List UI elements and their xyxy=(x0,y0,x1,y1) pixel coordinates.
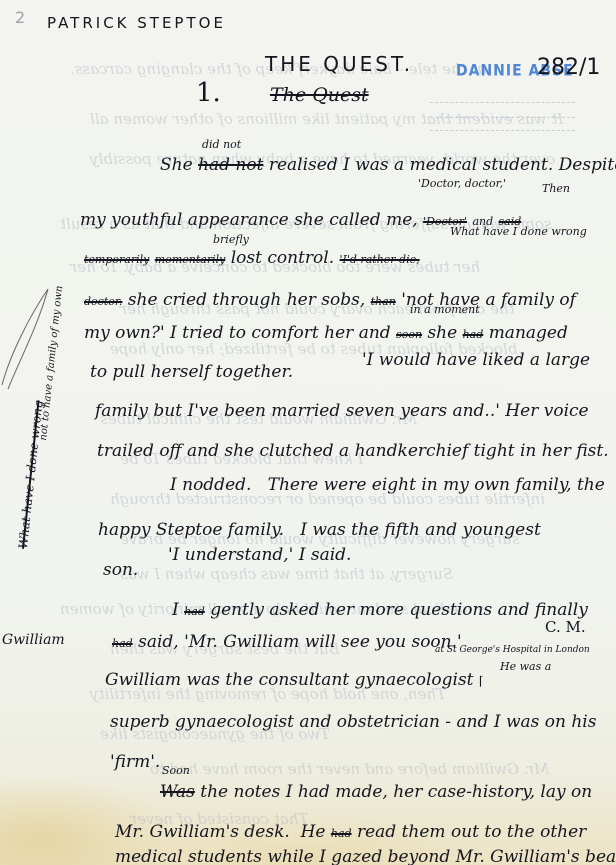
manuscript-line: 'I understand,' I said. xyxy=(168,545,351,565)
inserted-word: did not xyxy=(202,138,241,151)
text: managed xyxy=(489,323,568,343)
manuscript-line: She had not realised I was a medical stu… xyxy=(160,155,616,175)
manuscript-line: medical students while I gazed beyond Mr… xyxy=(115,847,616,865)
text: lost control. xyxy=(231,248,334,268)
manuscript-line: 'firm'. xyxy=(110,752,160,772)
text: She xyxy=(160,155,193,175)
manuscript-line: Was the notes I had made, her case-histo… xyxy=(160,782,592,802)
manuscript-line: Gwilliam was the consultant gynaecologis… xyxy=(105,670,484,690)
manuscript-line: had said, 'Mr. Gwilliam will see you soo… xyxy=(112,632,462,652)
author-name: PATRICK STEPTOE xyxy=(47,14,226,32)
inserted-word: What have I done wrong xyxy=(450,225,587,238)
inserted-initials: C. M. xyxy=(545,618,586,636)
manuscript-line: temporarily momentarily lost control. 'I… xyxy=(84,248,420,268)
text: to pull herself together. xyxy=(90,362,293,382)
manuscript-line: to pull herself together. xyxy=(90,362,293,382)
manuscript-line: family but I've been married seven years… xyxy=(95,401,589,421)
struck-text: had xyxy=(112,637,133,650)
bleed-through-text: Mr. Gwilliam before and never the room h… xyxy=(150,760,549,778)
struck-text: 'I'd rather die, xyxy=(340,253,420,266)
chapter-title: THE QUEST. xyxy=(265,52,413,76)
folio-number: 282/1 xyxy=(537,55,600,80)
divider xyxy=(430,130,575,131)
manuscript-line: I nodded. There were eight in my own fam… xyxy=(170,475,605,495)
struck-text: doctor. xyxy=(84,295,122,308)
struck-text: Was xyxy=(160,782,195,802)
inserted-word: He was a xyxy=(500,660,551,673)
text: I nodded. xyxy=(170,475,251,495)
text: gently asked her more questions and fina… xyxy=(210,600,588,620)
struck-text: temporarily xyxy=(84,253,149,266)
inserted-word: 'Doctor, doctor,' xyxy=(418,177,506,190)
margin-loop-mark xyxy=(0,285,60,395)
struck-text: had xyxy=(331,827,352,840)
text: she xyxy=(427,323,457,343)
manuscript-line: I had gently asked her more questions an… xyxy=(172,600,588,620)
text: read them out to the other xyxy=(357,822,586,842)
manuscript-line: superb gynaecologist and obstetrician - … xyxy=(110,712,596,732)
manuscript-line: doctor. she cried through her sobs, than… xyxy=(84,290,576,310)
struck-title: The Quest xyxy=(270,84,369,106)
struck-text: had not xyxy=(198,155,263,175)
text: the notes I had made, her case-history, … xyxy=(200,782,592,802)
struck-text: than xyxy=(371,295,396,308)
inserted-word: Then xyxy=(542,182,570,195)
inserted-word: in a moment xyxy=(410,303,480,316)
inserted-word: briefly xyxy=(213,233,249,246)
divider xyxy=(430,117,575,118)
struck-text: soon xyxy=(396,328,422,341)
insertion-caret-icon: ⌈ xyxy=(479,674,484,688)
chapter-number: 1. xyxy=(196,78,221,108)
text: I was the fifth and youngest xyxy=(300,520,541,540)
margin-name: Gwilliam xyxy=(2,632,65,648)
text: Gwilliam was the consultant gynaecologis… xyxy=(105,670,474,690)
text: happy Steptoe family. xyxy=(98,520,284,540)
bleed-through-text: Surgery, at that time was cheap when I w… xyxy=(120,565,453,583)
text: my own?' I tried to comfort her and xyxy=(84,323,391,343)
manuscript-line: trailed off and she clutched a handkerch… xyxy=(97,441,609,461)
struck-text: had xyxy=(463,328,484,341)
bleed-through-text: It was evident that my patient like mill… xyxy=(90,110,563,128)
text: my youthful appearance she called me, xyxy=(80,210,418,230)
text: There were eight in my own family, the xyxy=(268,475,605,495)
text: said, 'Mr. Gwilliam will see you soon.' xyxy=(138,632,462,652)
inserted-phrase: at St George's Hospital in London xyxy=(435,645,590,655)
divider xyxy=(430,102,575,103)
text: I xyxy=(172,600,179,620)
manuscript-line: happy Steptoe family. I was the fifth an… xyxy=(98,520,541,540)
text: He xyxy=(301,822,326,842)
text: realised I was a medical student. Despit… xyxy=(269,155,616,175)
manuscript-line: son. xyxy=(103,560,138,580)
manuscript-line: 'I would have liked a large xyxy=(362,350,590,370)
struck-text: momentarily xyxy=(155,253,226,266)
struck-text: had xyxy=(184,605,205,618)
faint-page-number: 2 xyxy=(15,8,25,27)
manuscript-line: my own?' I tried to comfort her and soon… xyxy=(84,323,568,343)
manuscript-line: Mr. Gwilliam's desk. He had read them ou… xyxy=(115,822,586,842)
text: she cried through her sobs, xyxy=(128,290,365,310)
inserted-word: Soon xyxy=(162,764,190,777)
text: Mr. Gwilliam's desk. xyxy=(115,822,290,842)
